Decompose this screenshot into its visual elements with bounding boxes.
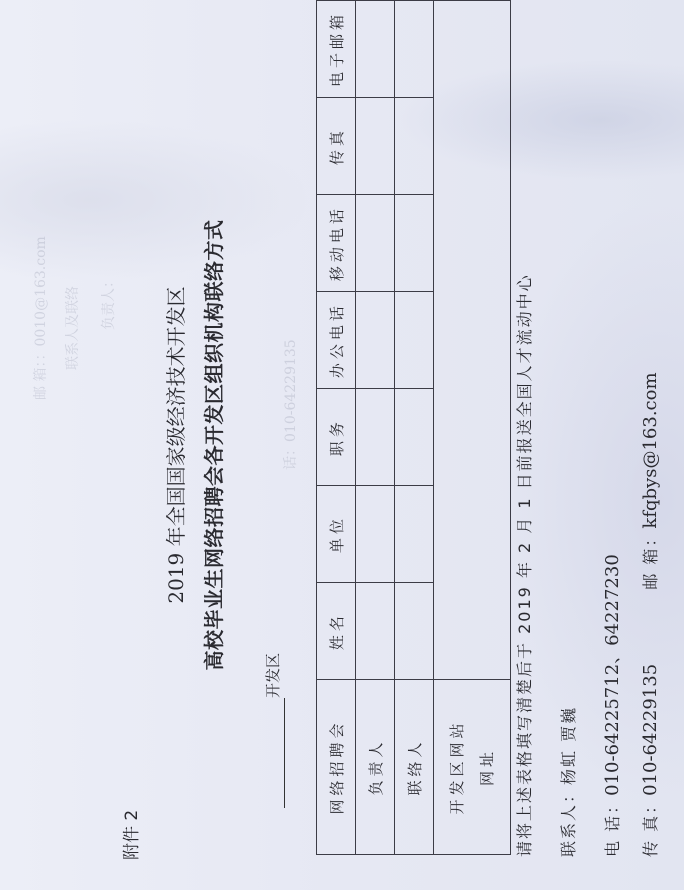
rotated-document-page: 邮 箱：：0010@163.com 联系人及联络 负责人： 话：010-6422… <box>0 0 684 890</box>
header-cell: 职务 <box>317 389 356 486</box>
office-phone-cell[interactable] <box>356 292 395 389</box>
submission-instruction: 请将上述表格填写清楚后于 2019 年 2 月 1 日前报送全国人才流动中心 <box>512 273 535 857</box>
website-label-line2: 网址 <box>472 680 502 854</box>
position-cell[interactable] <box>356 389 395 486</box>
unit-cell[interactable] <box>395 486 434 583</box>
fax-label: 传 真： <box>641 796 660 857</box>
email-cell[interactable] <box>395 1 434 98</box>
header-cell: 姓名 <box>317 583 356 680</box>
document-title-line1: 2019 年全国国家级经济技术开发区 <box>160 0 189 890</box>
bleed-through-text: 联系人及联络 <box>62 286 82 370</box>
phone-label: 电 话： <box>603 796 622 857</box>
fax-email-line: 传 真：010-64229135 邮 箱：kfqbys@163.com <box>638 372 661 857</box>
fax-value: 010-64229135 <box>640 664 661 796</box>
attachment-label: 附件 2 <box>117 810 142 860</box>
row-label: 负责人 <box>356 680 395 855</box>
zone-fill-blank[interactable] <box>284 698 285 808</box>
email-value[interactable]: kfqbys@163.com <box>640 372 661 528</box>
header-cell: 办公电话 <box>317 292 356 389</box>
zone-label: 开发区 <box>262 653 283 698</box>
header-cell: 移动电话 <box>317 195 356 292</box>
table-row: 联络人 <box>395 1 434 855</box>
name-cell[interactable] <box>395 583 434 680</box>
bleed-through-text: 邮 箱：：0010@163.com <box>30 236 50 400</box>
name-cell[interactable] <box>356 583 395 680</box>
mobile-phone-cell[interactable] <box>395 195 434 292</box>
header-cell: 电子邮箱 <box>317 1 356 98</box>
bleed-through-text: 负责人： <box>98 274 118 330</box>
email-cell[interactable] <box>356 1 395 98</box>
phone-line: 电 话：010-64225712、64227230 <box>598 554 624 857</box>
header-cell: 单位 <box>317 486 356 583</box>
phone-value: 010-64225712、64227230 <box>602 554 623 796</box>
contact-label: 联系人： <box>559 785 578 857</box>
website-label-line1: 开发区网站 <box>442 680 472 854</box>
row-label: 联络人 <box>395 680 434 855</box>
contact-form-table: 网络招聘会 姓名 单位 职务 办公电话 移动电话 传真 电子邮箱 负责人 联络人 <box>316 0 511 855</box>
website-label: 开发区网站 网址 <box>434 680 511 855</box>
office-phone-cell[interactable] <box>395 292 434 389</box>
website-row: 开发区网站 网址 <box>434 1 511 855</box>
email-label: 邮 箱： <box>641 529 660 590</box>
table-header-row: 网络招聘会 姓名 单位 职务 办公电话 移动电话 传真 电子邮箱 <box>317 1 356 855</box>
table-row: 负责人 <box>356 1 395 855</box>
document-title-line2: 高校毕业生网络招聘会各开发区组织机构联络方式 <box>198 0 227 890</box>
bleed-through-text: 话：010-64229135 <box>280 339 300 470</box>
website-value-cell[interactable] <box>434 1 511 680</box>
header-cell: 网络招聘会 <box>317 680 356 855</box>
header-cell: 传真 <box>317 98 356 195</box>
contact-persons-line: 联系人：杨虹 贾巍 <box>556 706 579 857</box>
fax-cell[interactable] <box>356 98 395 195</box>
unit-cell[interactable] <box>356 486 395 583</box>
contact-names: 杨虹 贾巍 <box>559 706 578 785</box>
fax-cell[interactable] <box>395 98 434 195</box>
position-cell[interactable] <box>395 389 434 486</box>
mobile-phone-cell[interactable] <box>356 195 395 292</box>
